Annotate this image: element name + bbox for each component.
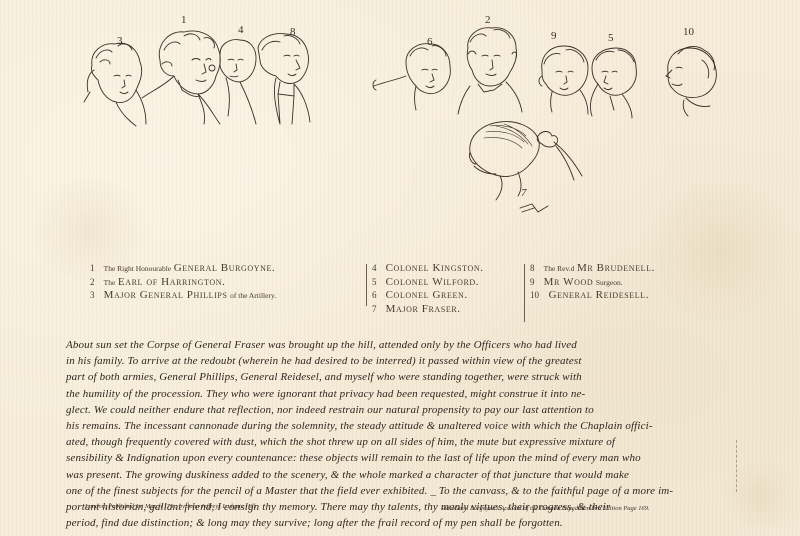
key-number: 4 (372, 262, 383, 276)
key-number: 5 (372, 276, 383, 290)
figure-number: 9 (551, 30, 557, 42)
key-name: Major General Phillips (104, 289, 228, 301)
key-name: Major Fraser. (386, 303, 461, 315)
key-name: Mr Brudenell. (577, 262, 655, 274)
figure-number: 8 (290, 26, 296, 38)
narrative-line: his remains. The incessant cannonade dur… (66, 418, 716, 434)
key-item: 7 Major Fraser. (372, 303, 522, 317)
portrait-group-right: 6 2 9 5 10 (366, 20, 736, 120)
key-column-3: 8 The Rev.d Mr Brudenell. 9 Mr Wood Surg… (530, 262, 730, 303)
key-divider (366, 264, 367, 306)
key-item: 2 The Earl of Harrington. (90, 276, 365, 290)
publisher-imprint: London, Published 1st March 179 ; by Joh… (85, 503, 255, 510)
key-column-1: 1 The Right Honourable General Burgoyne.… (90, 262, 365, 303)
key-item: 10 General Reidesell. (530, 289, 730, 303)
narrative-line: one of the finest subjects for the penci… (66, 483, 716, 499)
narrative-line: period, find due distinction; & long may… (66, 515, 716, 531)
key-column-2: 4 Colonel Kingston. 5 Colonel Wilford. 6… (372, 262, 522, 316)
key-item: 4 Colonel Kingston. (372, 262, 522, 276)
key-prefix: The Rev.d (544, 264, 575, 273)
figure-key: 1 The Right Honourable General Burgoyne.… (90, 262, 730, 332)
key-suffix: of the Artillery. (230, 291, 276, 300)
portrait-figures: 3 1 4 8 (0, 0, 800, 240)
figure-number: 5 (608, 32, 614, 44)
narrative-line: glect. We could neither endure that refl… (66, 402, 716, 418)
key-name: Mr Wood (544, 276, 594, 288)
narrative-line: the humility of the procession. They who… (66, 386, 716, 402)
key-item: 3 Major General Phillips of the Artiller… (90, 289, 365, 303)
key-number: 10 (530, 289, 546, 303)
figure-number: 4 (238, 24, 244, 36)
key-name: Colonel Wilford. (386, 276, 480, 288)
source-citation: Vide Gen.l Burgoyne's Account of the Can… (441, 505, 650, 512)
figure-number: 2 (485, 14, 491, 26)
key-name: Earl of Harrington. (118, 276, 226, 288)
key-item: 8 The Rev.d Mr Brudenell. (530, 262, 730, 276)
key-number: 6 (372, 289, 383, 303)
key-number: 2 (90, 276, 101, 290)
paper-stain (720, 460, 800, 530)
key-prefix: The Right Honourable (104, 264, 172, 273)
figure-number: 6 (427, 36, 433, 48)
key-number: 3 (90, 289, 101, 303)
key-item: 1 The Right Honourable General Burgoyne. (90, 262, 365, 276)
key-item: 5 Colonel Wilford. (372, 276, 522, 290)
key-number: 8 (530, 262, 541, 276)
figure-number: 10 (683, 26, 694, 38)
key-prefix: The (104, 278, 116, 287)
portrait-figure-7: 7 (460, 112, 590, 222)
key-name: Colonel Green. (386, 289, 468, 301)
narrative-line: was present. The growing duskiness added… (66, 467, 716, 483)
narrative-line: ated, though frequently covered with dus… (66, 434, 716, 450)
key-name: Colonel Kingston. (386, 262, 484, 274)
portrait-group-left: 3 1 4 8 (80, 20, 320, 130)
key-number: 9 (530, 276, 541, 290)
narrative-line: part of both armies, General Phillips, G… (66, 369, 716, 385)
key-item: 6 Colonel Green. (372, 289, 522, 303)
key-divider (524, 264, 525, 322)
engraved-plate: 3 1 4 8 (0, 0, 800, 536)
key-suffix: Surgeon. (596, 278, 623, 287)
key-number: 1 (90, 262, 101, 276)
figure-number: 7 (521, 187, 527, 199)
key-item: 9 Mr Wood Surgeon. (530, 276, 730, 290)
figure-number: 3 (117, 35, 123, 47)
narrative-line: sensibility & Indignation upon every cou… (66, 450, 716, 466)
key-number: 7 (372, 303, 383, 317)
key-name: General Reidesell. (549, 289, 649, 301)
narrative-line: About sun set the Corpse of General Fras… (66, 337, 716, 353)
plate-mark (736, 440, 738, 492)
key-name: General Burgoyne. (174, 262, 276, 274)
figure-number: 1 (181, 14, 187, 26)
narrative-line: in his family. To arrive at the redoubt … (66, 353, 716, 369)
